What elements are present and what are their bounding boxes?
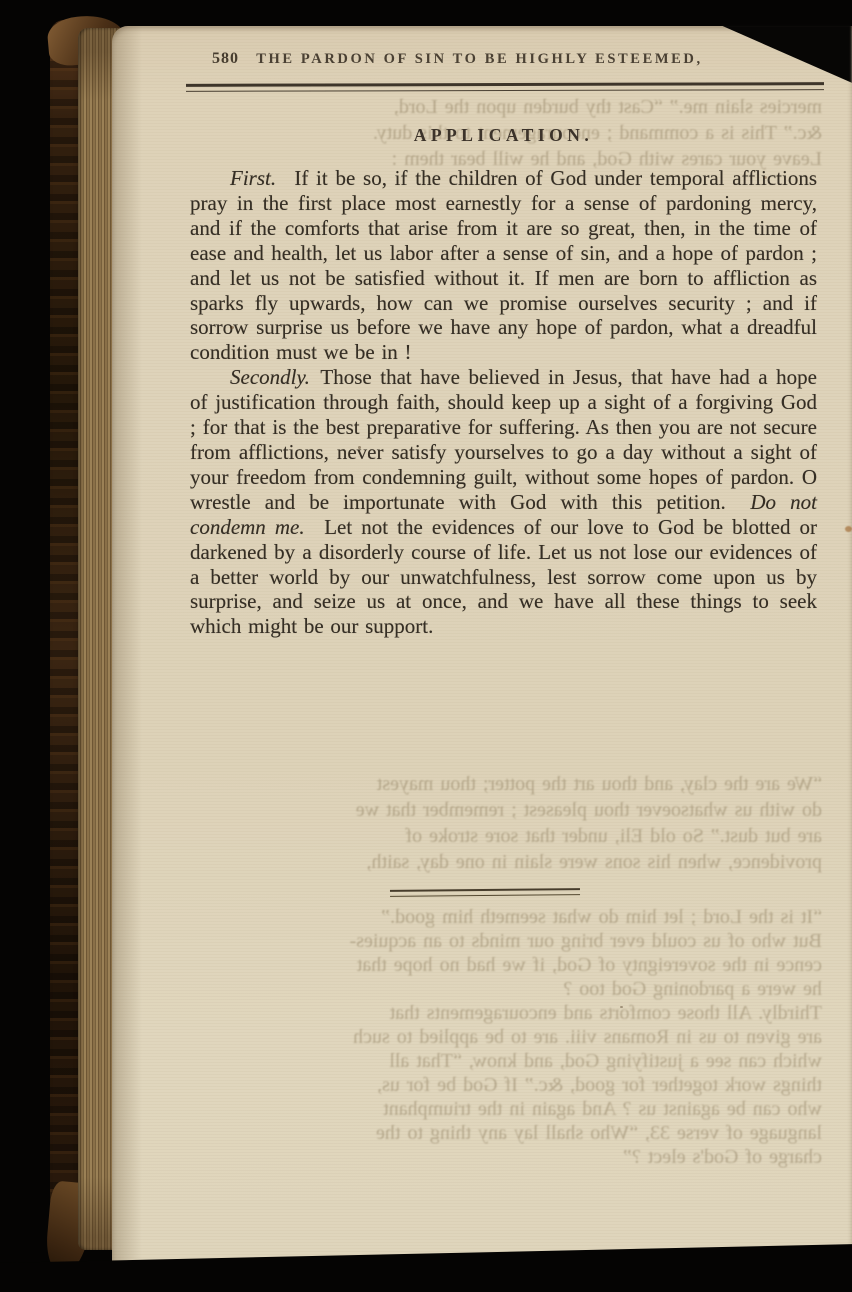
bleedthrough-middle: “We are the clay, and thou art the potte… xyxy=(184,771,822,875)
body-text: First. If it be so, if the children of G… xyxy=(190,166,817,639)
bleedthrough-line: who can be against us ? And again in the… xyxy=(184,1097,822,1121)
bleedthrough-line: things work together for good, &c.” If G… xyxy=(184,1073,822,1097)
bleedthrough-line: which can see a justifying God, and know… xyxy=(184,1049,822,1073)
paragraph: Secondly. Those that have believed in Je… xyxy=(190,365,817,639)
paper-stain xyxy=(845,526,852,532)
paper-speck xyxy=(620,1006,623,1008)
bleedthrough-line: are given to us in Romans viii. are to b… xyxy=(184,1025,822,1049)
paper-speck xyxy=(764,176,767,179)
running-head: THE PARDON OF SIN TO BE HIGHLY ESTEEMED, xyxy=(166,51,793,68)
bleedthrough-line: charge of God's elect ?” xyxy=(184,1145,822,1169)
bleedthrough-line: providence, when his sons were slain in … xyxy=(184,849,822,875)
paper-speck xyxy=(358,446,361,449)
bleedthrough-line: But who of us could ever bring our minds… xyxy=(184,929,822,953)
book-scan: mercies slain me.” “Cast thy burden upon… xyxy=(0,0,852,1292)
bleedthrough-bottom: “It is the Lord ; let him do what seemet… xyxy=(184,905,822,1169)
bleedthrough-line: mercies slain me.” “Cast thy burden upon… xyxy=(184,94,822,120)
bleedthrough-line: do with us whatsoever thou pleasest ; re… xyxy=(184,797,822,823)
bleedthrough-line: language of verse 33, “Who shall lay any… xyxy=(184,1121,822,1145)
bleedthrough-line: Thirdly. All those comforts and encourag… xyxy=(184,1001,822,1025)
book-page: mercies slain me.” “Cast thy burden upon… xyxy=(112,26,852,1264)
bleedthrough-line: are but dust.” So old Eli, under that so… xyxy=(184,823,822,849)
section-divider xyxy=(390,888,580,897)
paper-speck xyxy=(230,326,234,329)
section-heading: APPLICATION. xyxy=(190,125,817,146)
bleedthrough-line: cence in the sovereignty of God, if we h… xyxy=(184,953,822,977)
header-rule xyxy=(186,82,824,92)
bleedthrough-line: “We are the clay, and thou art the potte… xyxy=(184,771,822,797)
bleedthrough-line: “It is the Lord ; let him do what seemet… xyxy=(184,905,822,929)
paragraph: First. If it be so, if the children of G… xyxy=(190,166,817,365)
bleedthrough-line: he were a pardoning God too ? xyxy=(184,977,822,1001)
